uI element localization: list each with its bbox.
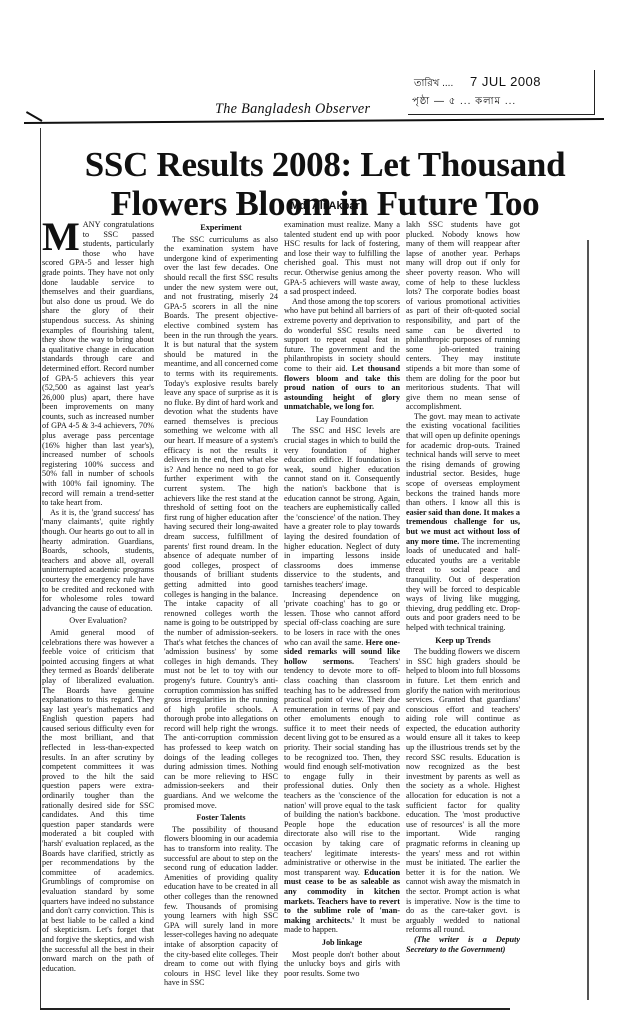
paragraph: Increasing dependence on 'private coachi… [284, 590, 400, 935]
subheading-job-linkage: Job linkage [284, 938, 400, 948]
drop-cap: M [42, 222, 80, 252]
clipping-corner-mark [26, 111, 43, 122]
paragraph: And those among the top scorers who have… [284, 297, 400, 412]
paragraph: The SSC curriculums as also the examinat… [164, 235, 278, 811]
subheading-keep-up-trends: Keep up Trends [406, 636, 520, 646]
article-column-4: lakh SSC students have got plucked. Nobo… [406, 220, 520, 1020]
subheading-lay-foundation: Lay Foundation [284, 415, 400, 425]
subheading-experiment: Experiment [164, 223, 278, 233]
paragraph: The budding flowers we discern in SSC hi… [406, 647, 520, 935]
stamp-date-label: তারিখ .... [414, 76, 453, 93]
newspaper-clipping: তারিখ .... 7 JUL 2008 পৃষ্ঠা — ৫ ... কলা… [0, 0, 619, 1024]
opening-paragraph: MANY congratulations to SSC passed stude… [42, 220, 154, 508]
bottom-rule-divider [40, 1008, 510, 1010]
article-byline: Md. Ali Akbar [60, 200, 590, 212]
paragraph: Most people don't bother about the unluc… [284, 950, 400, 979]
subheading-over-evaluation: Over Evaluation? [42, 616, 154, 626]
top-rule-divider [24, 118, 604, 124]
paragraph: As it is, the 'grand success' has 'many … [42, 508, 154, 614]
article-column-3: examination must realize. Many a talente… [284, 220, 400, 1020]
paragraph: The govt. may mean to activate the exist… [406, 412, 520, 633]
right-border-line [587, 240, 589, 1000]
article-column-2: Experiment The SSC curriculums as also t… [164, 220, 278, 1020]
paragraph: The possibility of thousand flowers bloo… [164, 825, 278, 988]
newspaper-masthead: The Bangladesh Observer [215, 101, 370, 118]
article-column-1: MANY congratulations to SSC passed stude… [42, 220, 154, 1010]
paragraph: lakh SSC students have got plucked. Nobo… [406, 220, 520, 412]
subheading-foster-talents: Foster Talents [164, 813, 278, 823]
stamp-page-column: পৃষ্ঠা — ৫ ... কলাম ... [412, 94, 516, 111]
paragraph: Amid general mood of celebrations there … [42, 628, 154, 973]
author-note: (The writer is a Deputy Secretary to the… [406, 935, 520, 954]
left-border-line [40, 128, 41, 1008]
stamp-date: 7 JUL 2008 [470, 74, 541, 89]
date-stamp: তারিখ .... 7 JUL 2008 পৃষ্ঠা — ৫ ... কলা… [408, 70, 595, 115]
paragraph: examination must realize. Many a talente… [284, 220, 400, 297]
paragraph: The SSC and HSC levels are crucial stage… [284, 426, 400, 589]
